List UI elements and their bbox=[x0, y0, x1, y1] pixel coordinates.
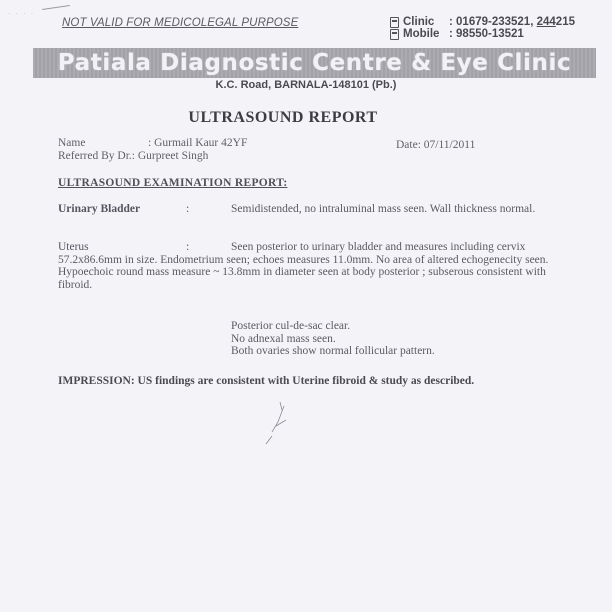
scan-artifact-line bbox=[42, 5, 70, 10]
contact-block: Clinic : 01679-233521, 244215 Mobile : 9… bbox=[390, 16, 575, 40]
clinic-label: Clinic bbox=[403, 16, 449, 28]
clinic-name-banner: Patiala Diagnostic Centre & Eye Clinic bbox=[33, 48, 596, 78]
patient-name-value: : Gurmail Kaur 42YF bbox=[148, 137, 247, 149]
exam-heading: ULTRASOUND EXAMINATION REPORT: bbox=[58, 177, 287, 189]
clinic-address: K.C. Road, BARNALA-148101 (Pb.) bbox=[0, 79, 612, 91]
clinic-phone-row: Clinic : 01679-233521, 244215 bbox=[390, 16, 575, 28]
section-colon: : bbox=[186, 203, 189, 215]
section-text-urinary-bladder: Semidistended, no intraluminal mass seen… bbox=[231, 203, 576, 216]
finding-item: No adnexal mass seen. bbox=[231, 333, 551, 346]
referred-by: Referred By Dr.: Gurpreet Singh bbox=[58, 150, 208, 162]
scan-artifact-dots: · · · · bbox=[8, 11, 35, 17]
patient-name-label: Name bbox=[58, 137, 85, 149]
report-title: ULTRASOUND REPORT bbox=[0, 109, 566, 127]
section-text-uterus: Seen posterior to urinary bladder and me… bbox=[58, 241, 578, 291]
phone-icon bbox=[390, 17, 399, 28]
section-label-urinary-bladder: Urinary Bladder bbox=[58, 203, 140, 215]
mobile-phone-value: : 98550-13521 bbox=[449, 28, 524, 40]
clinic-name: Patiala Diagnostic Centre & Eye Clinic bbox=[58, 50, 571, 76]
finding-item: Both ovaries show normal follicular patt… bbox=[231, 345, 551, 358]
mobile-icon bbox=[390, 29, 399, 40]
finding-item: Posterior cul-de-sac clear. bbox=[231, 320, 551, 333]
mobile-label: Mobile bbox=[403, 28, 449, 40]
impression-text: IMPRESSION: US findings are consistent w… bbox=[58, 375, 528, 388]
disclaimer-text: NOT VALID FOR MEDICOLEGAL PURPOSE bbox=[62, 17, 298, 29]
clinic-phone-value: : 01679-233521, 244215 bbox=[449, 16, 575, 28]
report-date: Date: 07/11/2011 bbox=[396, 139, 475, 151]
signature-mark bbox=[258, 396, 298, 446]
mobile-phone-row: Mobile : 98550-13521 bbox=[390, 28, 575, 40]
findings-list: Posterior cul-de-sac clear. No adnexal m… bbox=[231, 320, 551, 358]
